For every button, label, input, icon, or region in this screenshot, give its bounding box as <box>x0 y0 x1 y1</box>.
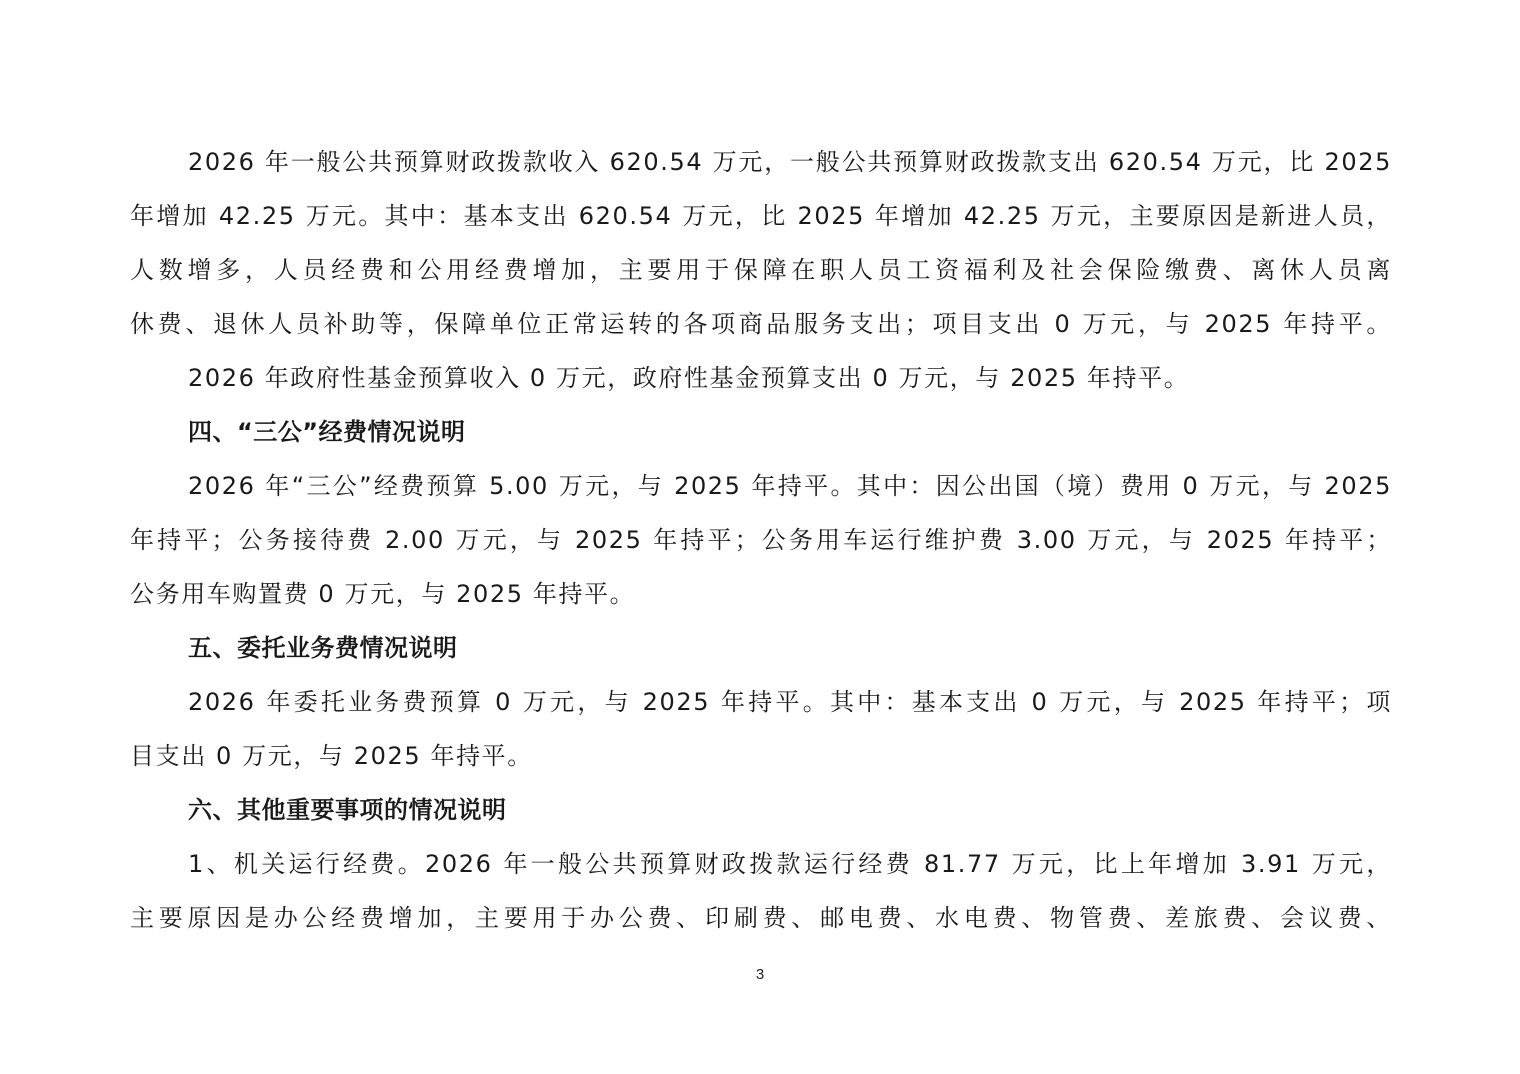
section-heading-entrusted-business: 五、委托业务费情况说明 <box>188 631 1392 685</box>
section-heading-other-matters: 六、其他重要事项的情况说明 <box>188 793 1392 847</box>
paragraph-line: 年持平；公务接待费 2.00 万元，与 2025 年持平；公务用车运行维护费 3… <box>130 523 1392 577</box>
paragraph-line: 主要原因是办公经费增加，主要用于办公费、印刷费、邮电费、水电费、物管费、差旅费、… <box>130 901 1392 955</box>
paragraph-line: 休费、退休人员补助等，保障单位正常运转的各项商品服务支出；项目支出 0 万元，与… <box>130 307 1392 361</box>
page-number: 3 <box>740 966 780 983</box>
paragraph-line: 人数增多，人员经费和公用经费增加，主要用于保障在职人员工资福利及社会保险缴费、离… <box>130 253 1392 307</box>
paragraph-line: 2026 年“三公”经费预算 5.00 万元，与 2025 年持平。其中：因公出… <box>188 469 1392 523</box>
paragraph-line: 2026 年一般公共预算财政拨款收入 620.54 万元，一般公共预算财政拨款支… <box>188 145 1392 199</box>
paragraph-line: 2026 年委托业务费预算 0 万元，与 2025 年持平。其中：基本支出 0 … <box>188 685 1392 739</box>
document-page: 2026 年一般公共预算财政拨款收入 620.54 万元，一般公共预算财政拨款支… <box>0 0 1520 1074</box>
paragraph-line: 目支出 0 万元，与 2025 年持平。 <box>130 739 1392 793</box>
paragraph-line: 2026 年政府性基金预算收入 0 万元，政府性基金预算支出 0 万元，与 20… <box>188 361 1392 415</box>
section-heading-san-gong: 四、“三公”经费情况说明 <box>188 415 1392 469</box>
paragraph-line: 年增加 42.25 万元。其中：基本支出 620.54 万元，比 2025 年增… <box>130 199 1392 253</box>
paragraph-line: 公务用车购置费 0 万元，与 2025 年持平。 <box>130 577 1392 631</box>
paragraph-line: 1、机关运行经费。2026 年一般公共预算财政拨款运行经费 81.77 万元，比… <box>188 847 1392 901</box>
